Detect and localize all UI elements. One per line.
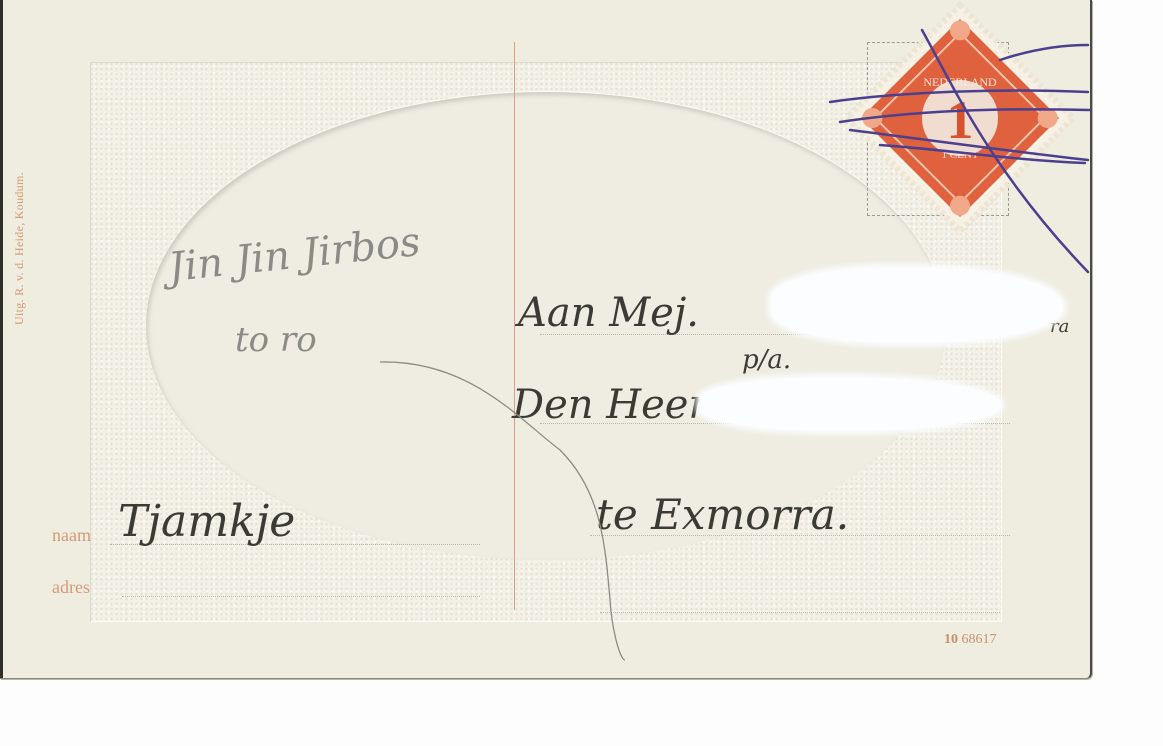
publisher-imprint: Uitg. R. v. d. Heide, Koudum. (12, 75, 27, 325)
address-line-2: p/a. (742, 345, 791, 375)
address-divider-line (514, 42, 515, 610)
address-line-1: Aan Mej. (518, 290, 699, 336)
redaction-whiteout (772, 268, 1062, 342)
pencil-message-line-2: to ro (235, 320, 317, 360)
stamp-placeholder-box (867, 42, 1009, 216)
name-label: naam (52, 525, 91, 546)
address-line (122, 596, 480, 597)
redaction-whiteout (700, 378, 1000, 430)
sender-name-handwritten: Tjamkje (118, 496, 295, 547)
address-line-3: Den Heer (512, 382, 708, 428)
scan-edge (0, 0, 3, 678)
address-label: adres (52, 577, 90, 598)
serial-number: 10 68617 (944, 632, 997, 648)
recipient-line-4 (600, 612, 1000, 613)
address-line-4: te Exmorra. (596, 490, 849, 539)
